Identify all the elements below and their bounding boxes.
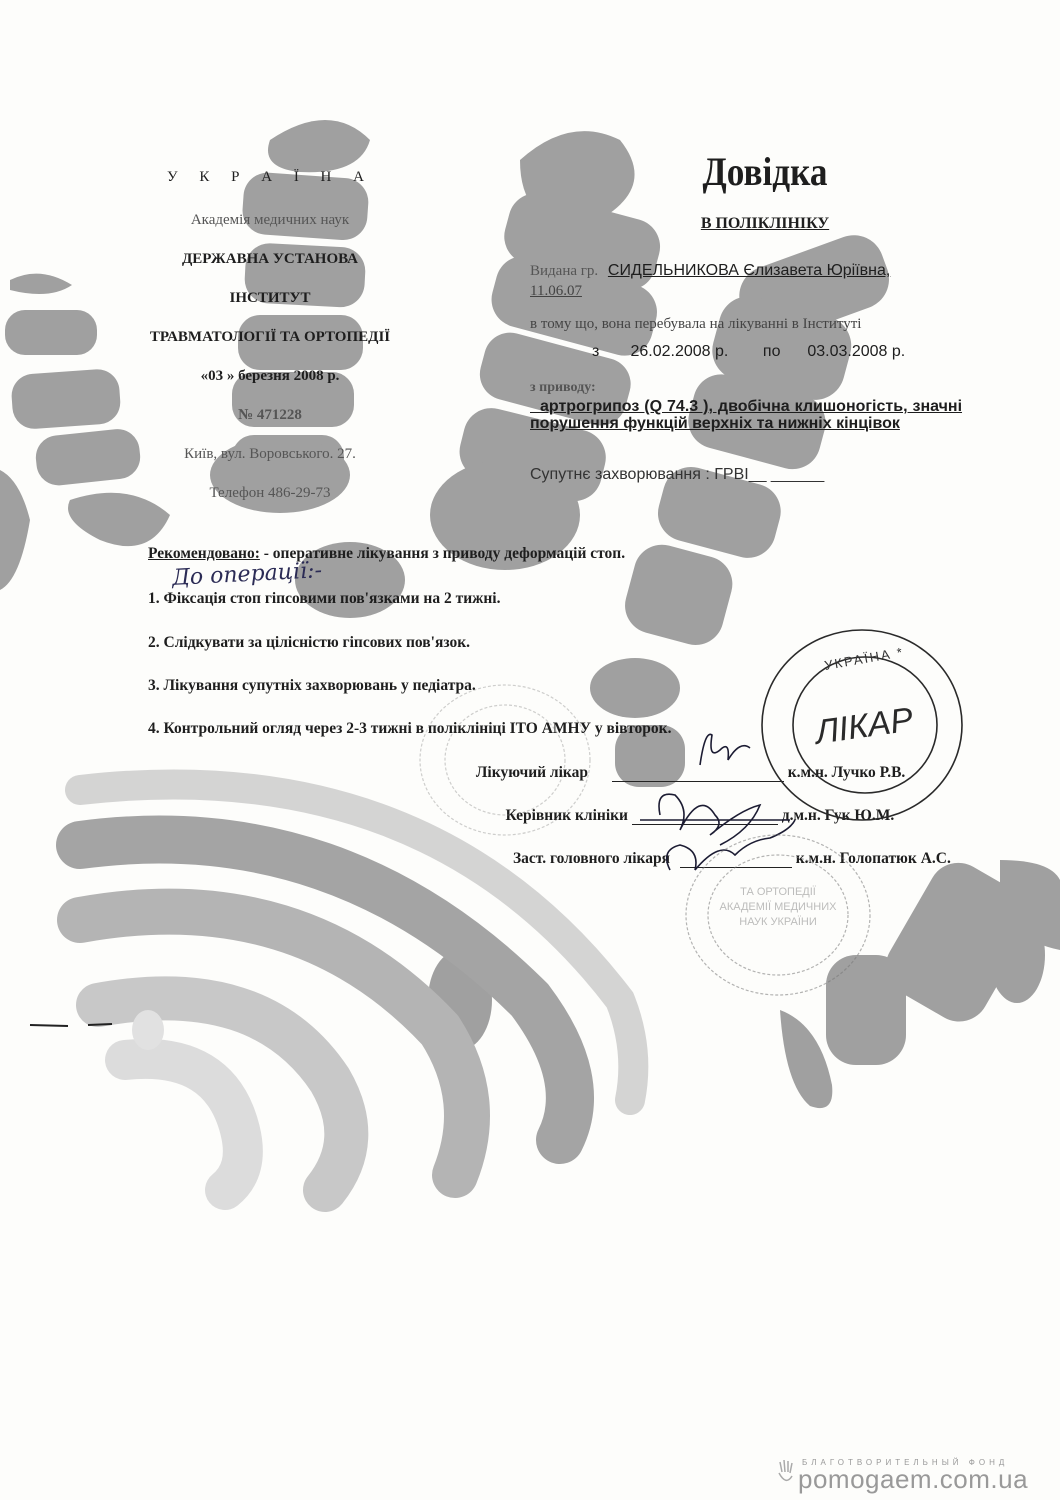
institution-phone: Телефон 486-29-73 — [130, 486, 410, 501]
svg-text:НАУК УКРАЇНИ: НАУК УКРАЇНИ — [739, 916, 817, 928]
treatment-period: з 26.02.2008 р. по 03.03.2008 р. — [530, 343, 970, 361]
svg-text:АКАДЕМІЇ МЕДИЧНИХ: АКАДЕМІЇ МЕДИЧНИХ — [720, 901, 838, 913]
institution-type: ДЕРЖАВНА УСТАНОВА — [130, 252, 410, 267]
diagnosis: артрогрипоз (Q 74.3 ), двобічна клишоног… — [530, 398, 962, 432]
document-date: «03 » березня 2008 р. — [130, 369, 410, 384]
svg-text:УКРАЇНА *: УКРАЇНА * — [823, 644, 905, 673]
patient-name: СИДЕЛЬНИКОВА Єлизавета Юріївна, — [608, 262, 890, 279]
stay-statement: в тому що, вона перебувала на лікуванні … — [530, 316, 970, 333]
issued-to: Видана гр. СИДЕЛЬНИКОВА Єлизавета Юріївн… — [530, 262, 970, 280]
site-name: pomogaem.com.ua — [798, 1464, 1028, 1495]
issued-label: Видана гр. — [530, 263, 598, 279]
patient-dob: 11.06.07 — [530, 283, 970, 300]
svg-text:ЛІКАР: ЛІКАР — [811, 700, 916, 752]
institute-name: ТРАВМАТОЛОГІЇ ТА ОРТОПЕДІЇ — [110, 330, 430, 345]
hand-icon — [776, 1458, 796, 1488]
recommendation-item: 2. Слідкувати за цілісністю гіпсових пов… — [148, 634, 470, 652]
institute-label: ІНСТИТУТ — [130, 291, 410, 306]
period-from: 26.02.2008 р. — [630, 343, 758, 361]
comorbidity: Супутнє захворювання : ГРВІ__ ______ — [530, 466, 970, 484]
institute-stamp: ТА ОРТОПЕДІЇ АКАДЕМІЇ МЕДИЧНИХ НАУК УКРА… — [678, 830, 878, 1000]
document-title: Довідка — [558, 148, 972, 195]
academy-name: Академія медичних наук — [130, 213, 410, 228]
doctor-stamp: УКРАЇНА * ЛІКАР — [755, 625, 970, 825]
document-subtitle: В ПОЛІКЛІНІКУ — [530, 215, 1000, 233]
document-number: № 471228 — [130, 408, 410, 423]
institution-header: У К Р А Ї Н А Академія медичних наук ДЕР… — [130, 170, 410, 525]
period-to: 03.03.2008 р. — [807, 343, 905, 361]
period-to-label: по — [763, 343, 803, 361]
period-from-label: з — [592, 343, 626, 361]
country-name: У К Р А Ї Н А — [130, 170, 410, 185]
institution-address: Київ, вул. Воровського. 27. — [130, 447, 410, 462]
subtitle-text: В ПОЛІКЛІНІКУ — [701, 215, 829, 232]
recommendations-label: Рекомендовано: — [148, 545, 260, 562]
svg-text:ТА ОРТОПЕДІЇ: ТА ОРТОПЕДІЇ — [740, 886, 817, 898]
faint-stamp — [410, 680, 600, 840]
reason-label: з приводу: — [530, 380, 970, 396]
recommendation-item: 1. Фіксація стоп гіпсовими пов'язками на… — [148, 590, 500, 608]
diagnosis-text: артрогрипоз (Q 74.3 ), двобічна клишоног… — [530, 398, 962, 432]
